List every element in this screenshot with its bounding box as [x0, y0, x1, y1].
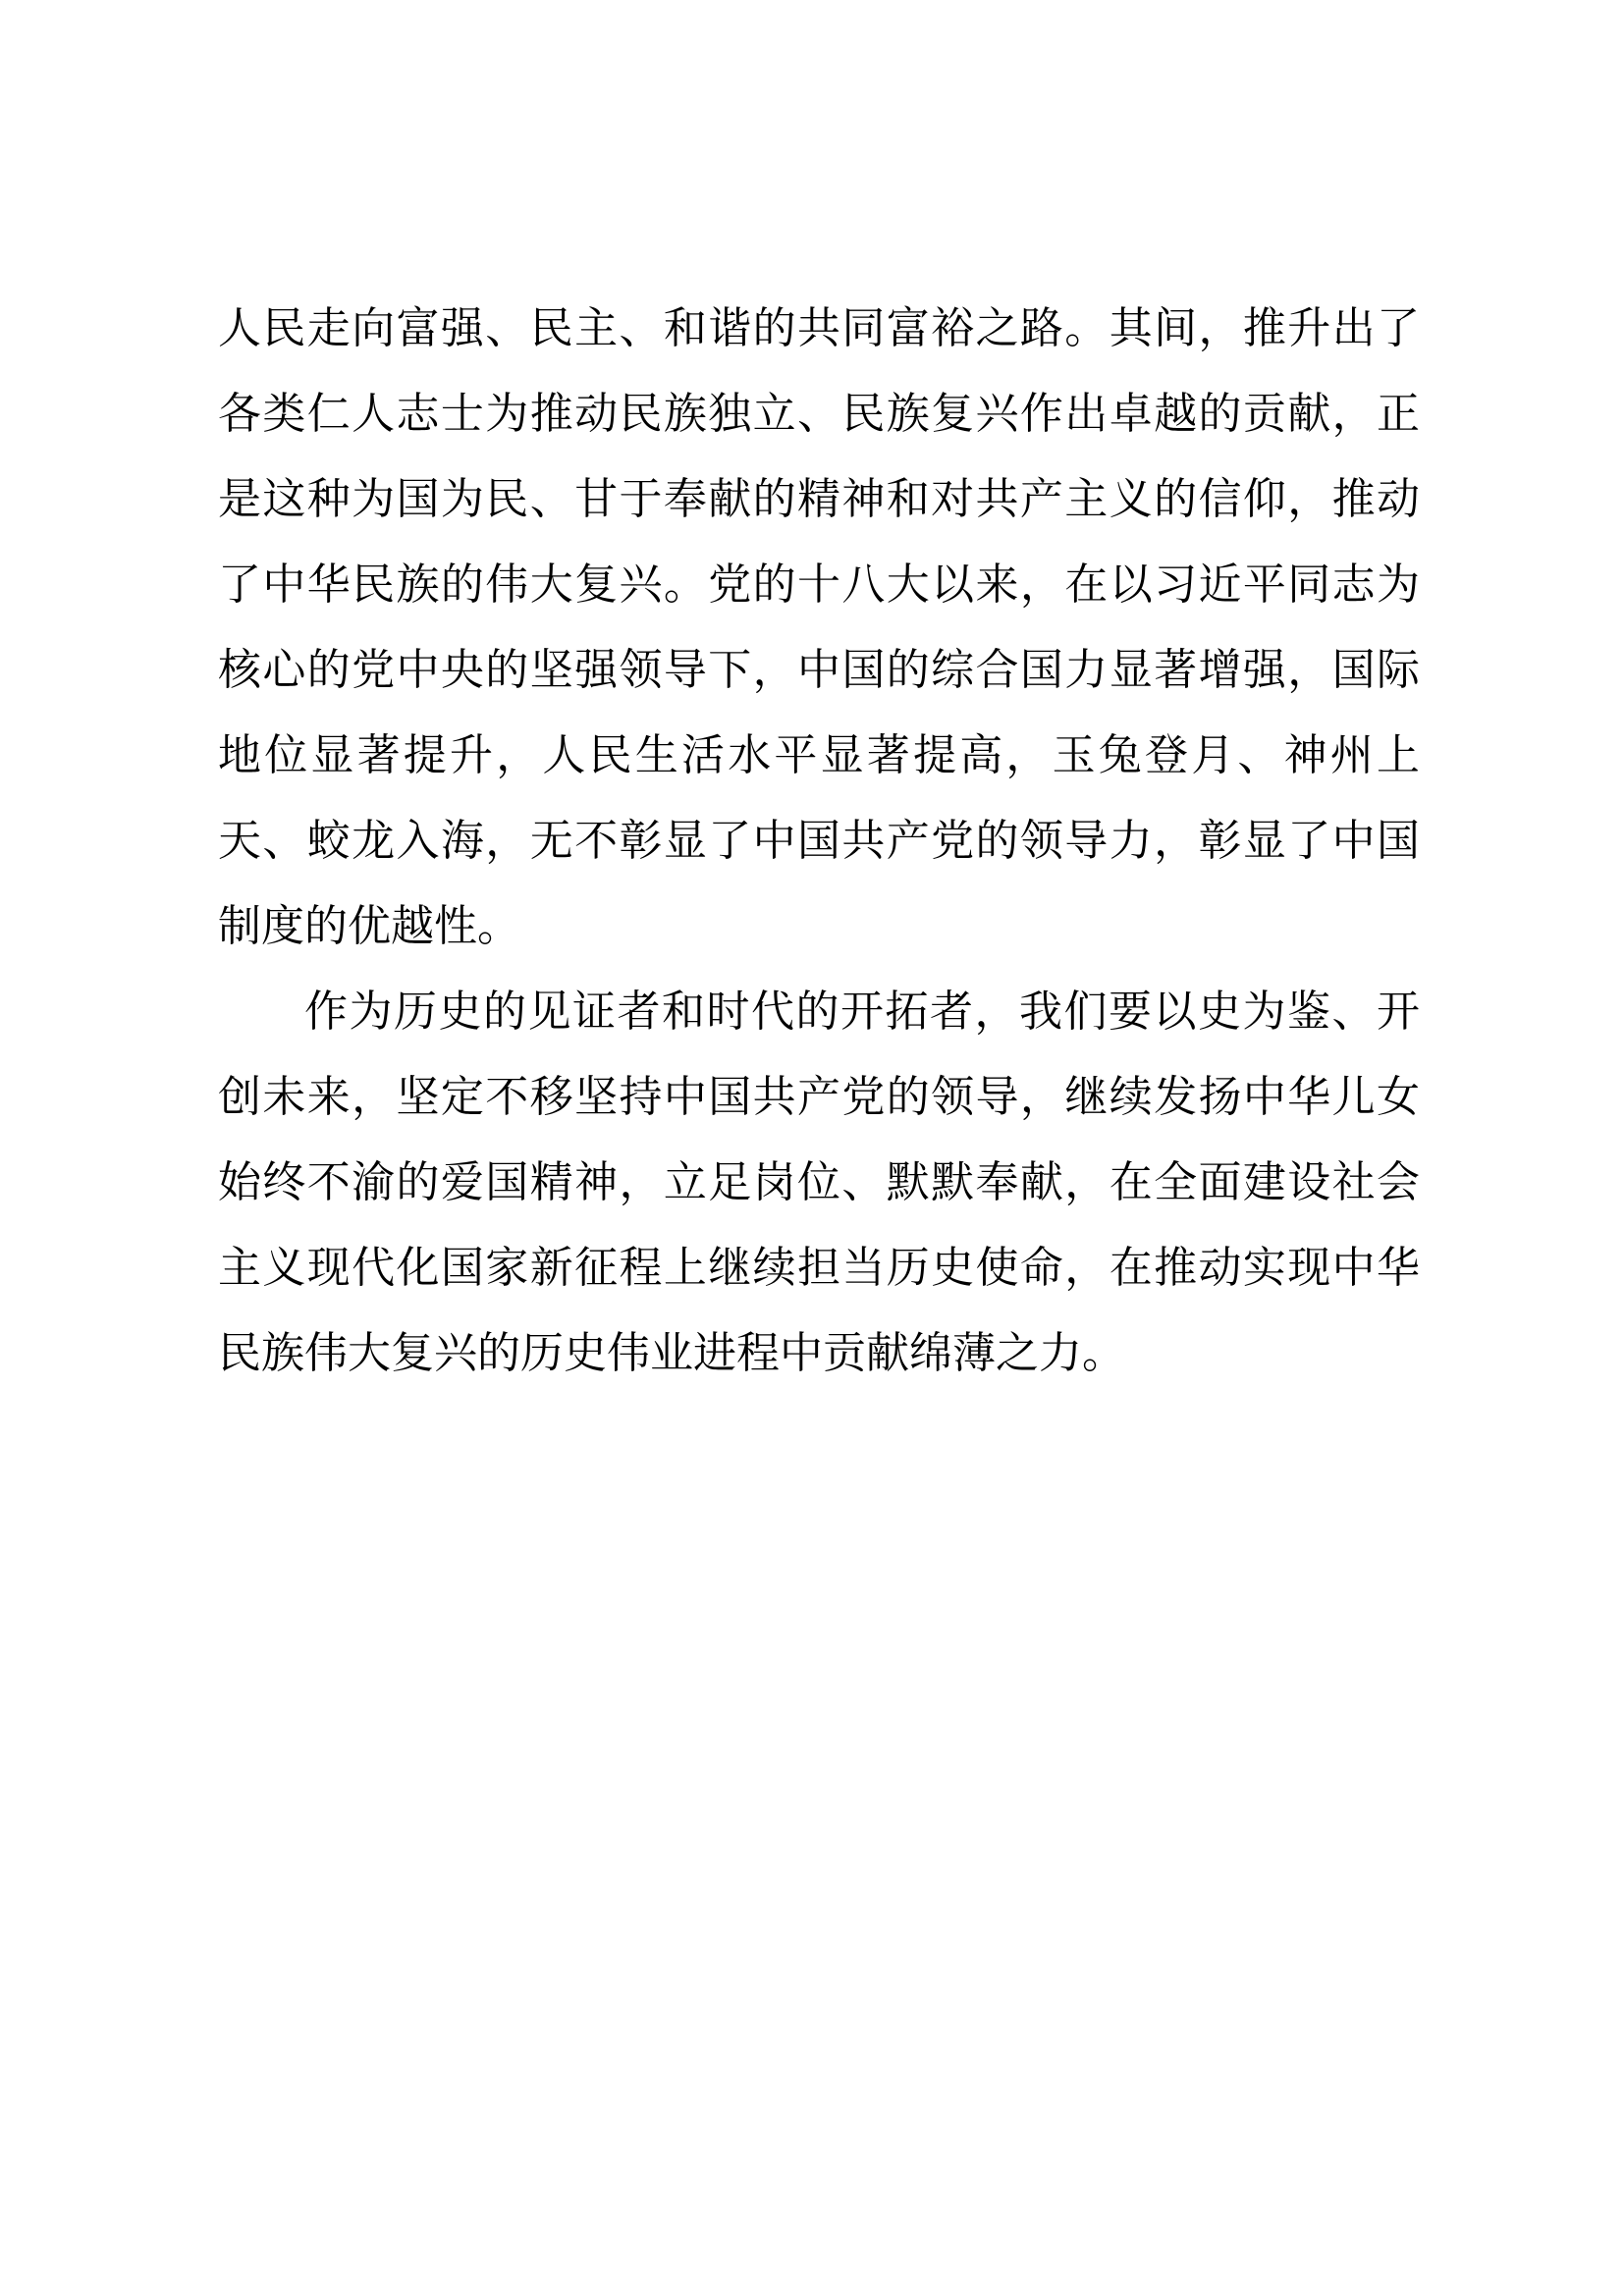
- document-page: 人民走向富强、民主、和谐的共同富裕之路。其间，推升出了各类仁人志士为推动民族独立…: [0, 0, 1624, 2296]
- paragraph-continuation: 人民走向富强、民主、和谐的共同富裕之路。其间，推升出了各类仁人志士为推动民族独立…: [218, 286, 1420, 969]
- document-body: 人民走向富强、民主、和谐的共同富裕之路。其间，推升出了各类仁人志士为推动民族独立…: [218, 286, 1420, 1396]
- paragraph: 作为历史的见证者和时代的开拓者，我们要以史为鉴、开创未来，坚定不移坚持中国共产党…: [218, 969, 1420, 1396]
